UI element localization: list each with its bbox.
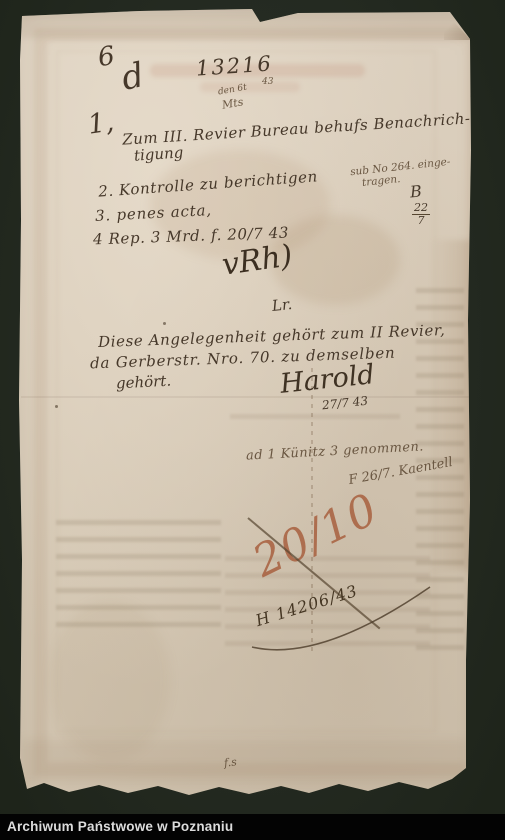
archive-caption-bar: Archiwum Państwowe w Poznaniu — [0, 814, 505, 840]
document-paper — [0, 0, 505, 840]
archival-photo: 6 d 13216 43 den 6t Mts 1, Zum III. Revi… — [0, 0, 505, 840]
archive-caption-label: Archiwum Państwowe w Poznaniu — [7, 819, 233, 834]
